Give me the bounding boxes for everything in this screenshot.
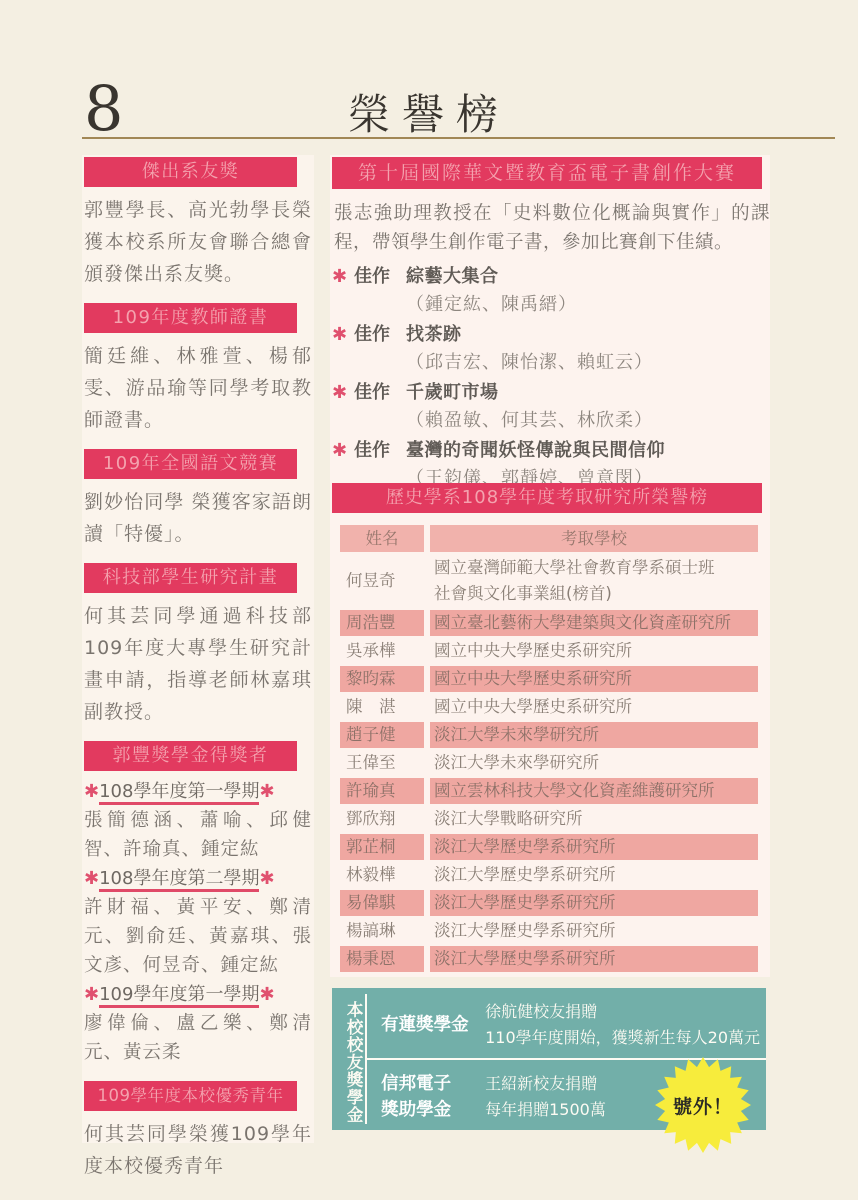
award-label: 佳作	[354, 263, 406, 291]
period-label: 109學年度第一學期	[99, 984, 259, 1008]
table-row: 何昱奇 國立臺灣師範大學社會教育學系碩士班 社會與文化事業組(榜首)	[340, 554, 758, 608]
period-label: 108學年度第二學期	[99, 868, 259, 892]
section-body: 何其芸同學榮獲109學年度本校優秀青年	[84, 1118, 312, 1182]
table-row: 王偉至 淡江大學未來學研究所	[340, 750, 758, 776]
flower-icon: ✱	[84, 868, 99, 889]
award-authors: （邱吉宏、陳怡潔、賴虹云）	[406, 349, 770, 377]
award-work-title: 綜藝大集合	[406, 263, 499, 291]
table-row: 周浩豐 國立臺北藝術大學建築與文化資產研究所	[340, 610, 758, 636]
school-name: 淡江大學歷史學系研究所	[430, 834, 758, 860]
award-authors: （賴盈敏、何其芸、林欣柔）	[406, 407, 770, 435]
award-item: ✱佳作千歲町市場 （賴盈敏、何其芸、林欣柔）	[332, 379, 770, 435]
award-work-title: 臺灣的奇聞妖怪傳說與民間信仰	[406, 437, 665, 465]
student-name: 林毅樺	[340, 862, 424, 888]
school-name: 國立中央大學歷史系研究所	[430, 694, 758, 720]
award-label: 佳作	[354, 379, 406, 407]
scholarship-side-title: 本校校友獎學金	[332, 994, 367, 1124]
student-name: 楊秉恩	[340, 946, 424, 972]
period-line: ✱108學年度第一學期✱	[84, 777, 312, 806]
school-name: 淡江大學歷史學系研究所	[430, 946, 758, 972]
alumni-scholarship-box: 本校校友獎學金 有蓮獎學金 徐航健校友捐贈 110學年度開始，獲獎新生每人20萬…	[332, 988, 766, 1130]
table-row: 易偉騏 淡江大學歷史學系研究所	[340, 890, 758, 916]
column-header-name: 姓名	[340, 525, 424, 552]
section-body: 劉妙怡同學 榮獲客家語朗讀「特優」。	[84, 486, 312, 550]
table-row: 趙子健 淡江大學未來學研究所	[340, 722, 758, 748]
period-line: ✱108學年度第二學期✱	[84, 864, 312, 893]
section-header-outstanding-alumni: 傑出系友獎	[84, 157, 297, 187]
section-ebook-contest: 第十屆國際華文暨教育盃電子書創作大賽 張志強助理教授在「史料數位化概論與實作」的…	[332, 157, 770, 495]
flower-icon: ✱	[332, 437, 354, 465]
section-header-teacher-certificate: 109年度教師證書	[84, 303, 297, 333]
student-name: 陳 湛	[340, 694, 424, 720]
table-row: 楊秉恩 淡江大學歷史學系研究所	[340, 946, 758, 972]
student-name: 許瑜真	[340, 778, 424, 804]
section-language-contest: 109年全國語文競賽 劉妙怡同學 榮獲客家語朗讀「特優」。	[84, 449, 312, 550]
period-line: ✱109學年度第一學期✱	[84, 980, 312, 1009]
section-body: 簡廷維、林雅萱、楊郁雯、游品瑜等同學考取教師證書。	[84, 340, 312, 436]
winner-names: 張簡德涵、蕭喻、邱健智、許瑜真、鍾定紘	[84, 806, 312, 864]
school-name: 國立中央大學歷史系研究所	[430, 638, 758, 664]
flower-icon: ✱	[259, 781, 274, 802]
donor-line: 徐航健校友捐贈	[485, 999, 760, 1025]
table-row: 吳承樺 國立中央大學歷史系研究所	[340, 638, 758, 664]
student-name: 楊謞琳	[340, 918, 424, 944]
school-name: 淡江大學歷史學系研究所	[430, 862, 758, 888]
student-name: 王偉至	[340, 750, 424, 776]
school-name: 淡江大學未來學研究所	[430, 722, 758, 748]
scholarship-name: 有蓮獎學金	[381, 1012, 485, 1038]
column-header-school: 考取學校	[430, 525, 758, 552]
grad-school-table: 姓名 考取學校 何昱奇 國立臺灣師範大學社會教育學系碩士班 社會與文化事業組(榜…	[340, 525, 758, 972]
flower-icon: ✱	[259, 984, 274, 1005]
section-header-ebook-contest: 第十屆國際華文暨教育盃電子書創作大賽	[332, 157, 762, 189]
section-body: 何其芸同學通過科技部109年度大專學生研究計畫申請，指導老師林嘉琪副教授。	[84, 600, 312, 728]
scholarship-winners: ✱108學年度第一學期✱ 張簡德涵、蕭喻、邱健智、許瑜真、鍾定紘 ✱108學年度…	[84, 777, 312, 1067]
school-name: 國立中央大學歷史系研究所	[430, 666, 758, 692]
section-header-language-contest: 109年全國語文競賽	[84, 449, 297, 479]
table-row: 許瑜真 國立雲林科技大學文化資產維護研究所	[340, 778, 758, 804]
school-name: 國立雲林科技大學文化資產維護研究所	[430, 778, 758, 804]
flower-icon: ✱	[332, 263, 354, 291]
award-work-title: 找茶跡	[406, 321, 462, 349]
winner-names: 廖偉倫、盧乙樂、鄭清元、黃云柔	[84, 1009, 312, 1067]
flower-icon: ✱	[332, 379, 354, 407]
school-name: 淡江大學歷史學系研究所	[430, 918, 758, 944]
table-row: 林毅樺 淡江大學歷史學系研究所	[340, 862, 758, 888]
flower-icon: ✱	[259, 868, 274, 889]
section-header-most-research-project: 科技部學生研究計畫	[84, 563, 297, 593]
student-name: 郭芷桐	[340, 834, 424, 860]
section-guofeng-scholarship: 郭豐獎學金得獎者 ✱108學年度第一學期✱ 張簡德涵、蕭喻、邱健智、許瑜真、鍾定…	[84, 741, 312, 1067]
school-name: 國立臺灣師範大學社會教育學系碩士班 社會與文化事業組(榜首)	[430, 554, 758, 608]
award-label: 佳作	[354, 321, 406, 349]
table-row: 鄧欣翔 淡江大學戰略研究所	[340, 806, 758, 832]
detail-line: 110學年度開始，獲獎新生每人20萬元	[485, 1025, 760, 1051]
school-name: 國立臺北藝術大學建築與文化資產研究所	[430, 610, 758, 636]
table-header-row: 姓名 考取學校	[340, 525, 758, 552]
school-name: 淡江大學戰略研究所	[430, 806, 758, 832]
student-name: 鄧欣翔	[340, 806, 424, 832]
award-item: ✱佳作找茶跡 （邱吉宏、陳怡潔、賴虹云）	[332, 321, 770, 377]
section-most-research-project: 科技部學生研究計畫 何其芸同學通過科技部109年度大專學生研究計畫申請，指導老師…	[84, 563, 312, 728]
award-label: 佳作	[354, 437, 406, 465]
badge-text: 號外！	[673, 1092, 733, 1119]
section-teacher-certificate: 109年度教師證書 簡廷維、林雅萱、楊郁雯、游品瑜等同學考取教師證書。	[84, 303, 312, 436]
flower-icon: ✱	[332, 321, 354, 349]
header-divider	[82, 137, 835, 139]
student-name: 周浩豐	[340, 610, 424, 636]
student-name: 易偉騏	[340, 890, 424, 916]
student-name: 吳承樺	[340, 638, 424, 664]
student-name: 黎昀霖	[340, 666, 424, 692]
newsletter-page: 8 榮譽榜 傑出系友獎 郭豐學長、高光勃學長榮獲本校系所友會聯合總會頒發傑出系友…	[0, 0, 858, 1200]
table-row: 郭芷桐 淡江大學歷史學系研究所	[340, 834, 758, 860]
school-name: 淡江大學歷史學系研究所	[430, 890, 758, 916]
section-outstanding-youth: 109學年度本校優秀青年 何其芸同學榮獲109學年度本校優秀青年	[84, 1081, 312, 1182]
section-grad-school-honor: 歷史學系108學年度考取研究所榮譽榜 姓名 考取學校 何昱奇 國立臺灣師範大學社…	[332, 483, 770, 974]
table-row: 楊謞琳 淡江大學歷史學系研究所	[340, 918, 758, 944]
flower-icon: ✱	[84, 984, 99, 1005]
flower-icon: ✱	[84, 781, 99, 802]
award-authors: （鍾定紘、陳禹縉）	[406, 291, 770, 319]
scholarship-description: 徐航健校友捐贈 110學年度開始，獲獎新生每人20萬元	[485, 999, 760, 1051]
student-name: 何昱奇	[340, 554, 424, 608]
table-row: 陳 湛 國立中央大學歷史系研究所	[340, 694, 758, 720]
section-header-grad-school: 歷史學系108學年度考取研究所榮譽榜	[332, 483, 762, 513]
section-body: 郭豐學長、高光勃學長榮獲本校系所友會聯合總會頒發傑出系友獎。	[84, 194, 312, 290]
section-header-outstanding-youth: 109學年度本校優秀青年	[84, 1081, 297, 1111]
period-label: 108學年度第一學期	[99, 781, 259, 805]
scholarship-row: 有蓮獎學金 徐航健校友捐贈 110學年度開始，獲獎新生每人20萬元	[367, 988, 766, 1058]
award-item: ✱佳作綜藝大集合 （鍾定紘、陳禹縉）	[332, 263, 770, 319]
left-column: 傑出系友獎 郭豐學長、高光勃學長榮獲本校系所友會聯合總會頒發傑出系友獎。 109…	[84, 157, 312, 1195]
contest-intro: 張志強助理教授在「史料數位化概論與實作」的課程，帶領學生創作電子書，參加比賽創下…	[334, 199, 770, 257]
section-outstanding-alumni: 傑出系友獎 郭豐學長、高光勃學長榮獲本校系所友會聯合總會頒發傑出系友獎。	[84, 157, 312, 290]
award-work-title: 千歲町市場	[406, 379, 499, 407]
school-name: 淡江大學未來學研究所	[430, 750, 758, 776]
winner-names: 許財福、黃平安、鄭清元、劉俞廷、黃嘉琪、張文彥、何昱奇、鍾定紘	[84, 893, 312, 980]
section-header-guofeng-scholarship: 郭豐獎學金得獎者	[84, 741, 297, 771]
table-row: 黎昀霖 國立中央大學歷史系研究所	[340, 666, 758, 692]
scholarship-name: 信邦電子 獎助學金	[381, 1071, 485, 1123]
page-title: 榮譽榜	[0, 82, 858, 142]
student-name: 趙子健	[340, 722, 424, 748]
